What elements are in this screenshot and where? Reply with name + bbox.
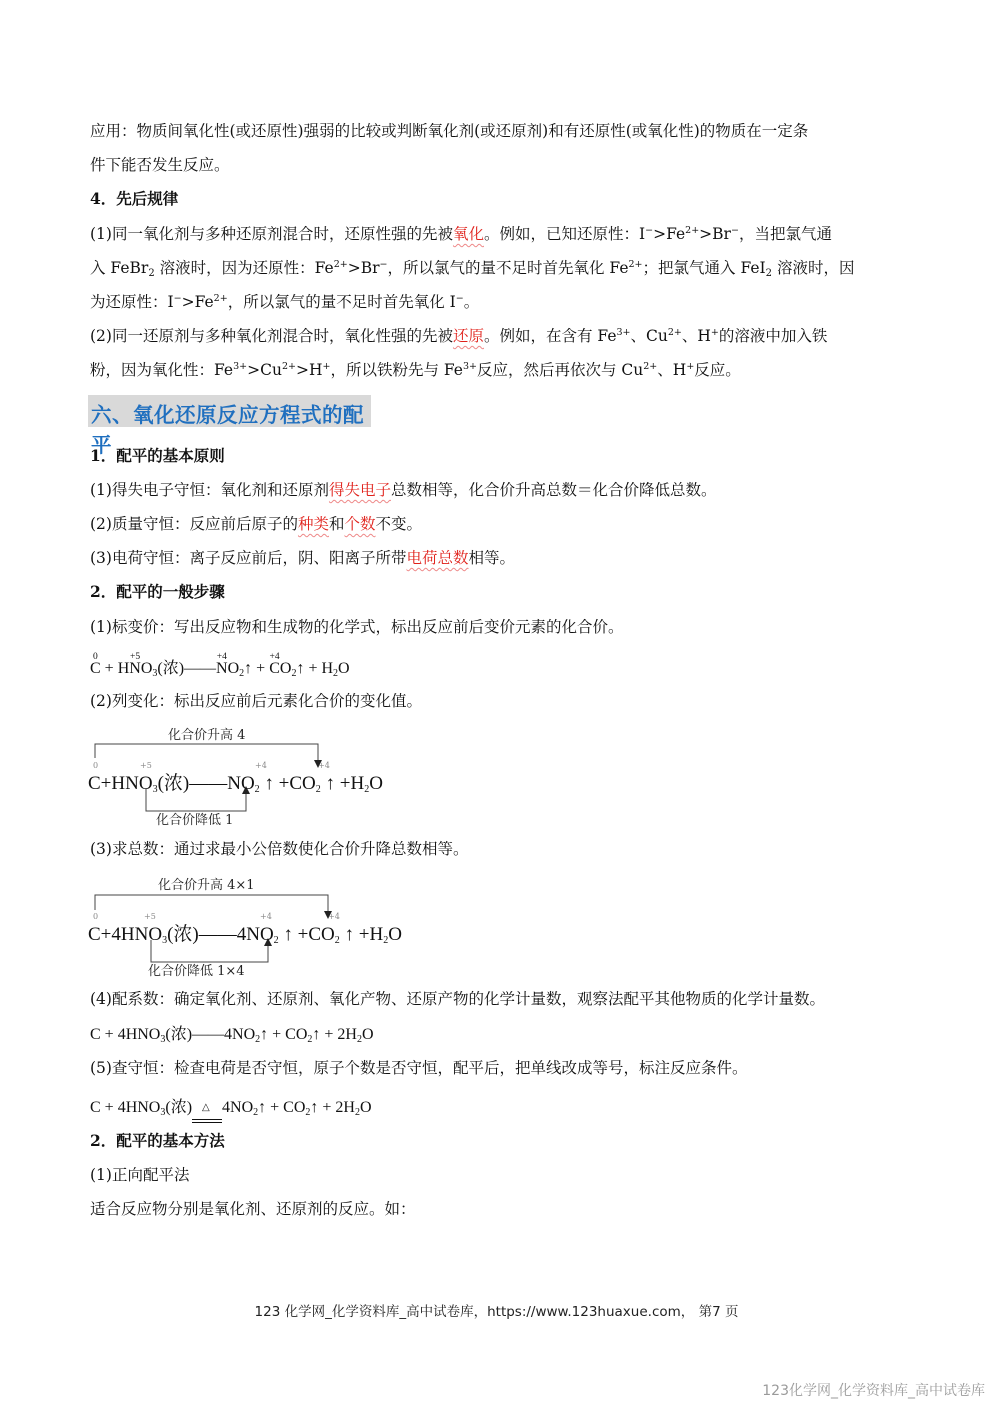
page-footer: 123 化学网_化学资料库_高中试卷库，https://www.123huaxu… — [0, 1300, 993, 1320]
answer-highlight: 得失电子 — [329, 481, 391, 499]
application-paragraph: 应用：物质间氧化性(或还原性)强弱的比较或判断氧化剂(或还原剂)和有还原性(或氧… — [90, 121, 808, 141]
subsection-3-title: 2．配平的基本方法 — [90, 1131, 225, 1151]
equation-marked-valence: C0 + HN+5O3(浓)——N+4O2↑ + C+4O2↑ + H2O — [90, 659, 350, 679]
equation-final: C + 4HNO3(浓)△4NO2↑ + CO2↑ + 2H2O — [90, 1098, 372, 1118]
subsection-2-title: 2．配平的一般步骤 — [90, 582, 225, 602]
step-1: (1)标变价：写出反应物和生成物的化学式，标出反应前后变价元素的化合价。 — [90, 617, 623, 637]
rule-1-line-1: (1)同一氧化剂与多种还原剂混合时，还原性强的先被氧化。例如，已知还原性：I−>… — [90, 224, 832, 244]
step-2: (2)列变化：标出反应前后元素化合价的变化值。 — [90, 691, 422, 711]
answer-highlight: 氧化 — [453, 225, 484, 243]
principle-1: (1)得失电子守恒：氧化剂和还原剂得失电子总数相等，化合价升高总数＝化合价降低总… — [90, 480, 717, 500]
rule-2-line-1: (2)同一还原剂与多种氧化剂混合时，氧化性强的先被还原。例如，在含有 Fe3+、… — [90, 326, 827, 346]
rule-1-line-3: 为还原性：I−>Fe2+，所以氯气的量不足时首先氧化 I−。 — [90, 292, 479, 312]
watermark: 123化学网_化学资料库_高中试卷库 — [762, 1380, 985, 1400]
step-3: (3)求总数：通过求最小公倍数使化合价升降总数相等。 — [90, 839, 468, 859]
answer-highlight: 个数 — [345, 515, 376, 533]
step-5: (5)查守恒：检查电荷是否守恒，原子个数是否守恒，配平后，把单线改成等号，标注反… — [90, 1058, 747, 1078]
valence-change-diagram-1: 化合价升高 4 0 +5 +4 +4 C+HNO3(浓)——NO2 ↑ +CO2… — [88, 720, 428, 830]
answer-highlight: 种类 — [298, 515, 329, 533]
rule-2-line-2: 粉，因为氧化性：Fe3+>Cu2+>H+，所以铁粉先与 Fe3+反应，然后再依次… — [90, 360, 741, 380]
subsection-1-title: 1．配平的基本原则 — [90, 446, 225, 466]
rule-1-line-2: 入 FeBr2 溶液时，因为还原性：Fe2+>Br−，所以氯气的量不足时首先氧化… — [90, 258, 854, 278]
application-paragraph-cont: 件下能否发生反应。 — [90, 155, 230, 175]
method-1-title: (1)正向配平法 — [90, 1165, 189, 1185]
principle-3: (3)电荷守恒：离子反应前后，阴、阳离子所带电荷总数相等。 — [90, 548, 515, 568]
section-6-heading: 六、氧化还原反应方程式的配平 — [88, 395, 371, 427]
method-1-description: 适合反应物分别是氧化剂、还原剂的反应。如： — [90, 1199, 416, 1219]
principle-2: (2)质量守恒：反应前后原子的种类和个数不变。 — [90, 514, 422, 534]
section-4-title: 4．先后规律 — [90, 189, 178, 209]
answer-highlight: 电荷总数 — [406, 549, 468, 567]
answer-highlight: 还原 — [453, 327, 484, 345]
valence-change-diagram-2: 化合价升高 4×1 0 +5 +4 +4 C+4HNO3(浓)——4NO2 ↑ … — [88, 870, 438, 980]
heat-symbol: △ — [202, 1098, 210, 1118]
step-4: (4)配系数：确定氧化剂、还原剂、氧化产物、还原产物的化学计量数，观察法配平其他… — [90, 989, 825, 1009]
equation-balanced: C + 4HNO3(浓)——4NO2↑ + CO2↑ + 2H2O — [90, 1025, 374, 1045]
